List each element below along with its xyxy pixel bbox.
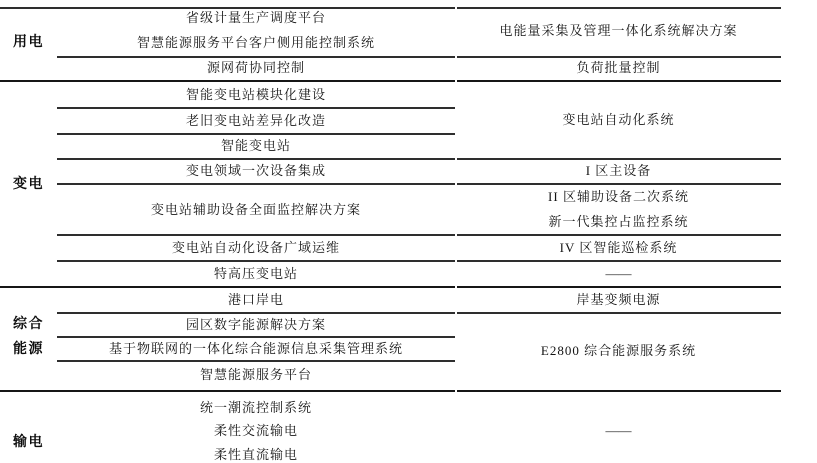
product-cell: I 区主设备	[456, 162, 781, 180]
product-cell: IV 区智能巡检系统	[456, 239, 781, 257]
item-cell: 柔性交流输电	[57, 422, 455, 440]
item-cell: 港口岸电	[57, 291, 455, 309]
row-divider	[57, 260, 455, 262]
item-cell: 省级计量生产调度平台	[57, 9, 455, 27]
category-label: 用电	[0, 34, 57, 52]
row-divider	[457, 183, 781, 185]
row-divider	[57, 133, 455, 135]
item-cell: 智能变电站	[57, 137, 455, 155]
empty-cell-dash: ——	[456, 265, 781, 283]
category-label: 变电	[0, 176, 57, 194]
category-label: 综合	[0, 316, 57, 334]
row-divider	[457, 312, 781, 314]
section-rule	[457, 286, 781, 288]
item-cell: 智慧能源服务平台	[57, 366, 455, 384]
row-divider	[57, 234, 455, 236]
section-rule	[0, 80, 455, 82]
product-cell: 电能量采集及管理一体化系统解决方案	[456, 22, 781, 40]
row-divider	[57, 183, 455, 185]
category-label: 能源	[0, 341, 57, 359]
item-cell: 变电站自动化设备广域运维	[57, 239, 455, 257]
empty-cell-dash: ——	[456, 422, 781, 440]
row-divider	[57, 312, 455, 314]
section-rule	[457, 390, 781, 392]
product-cell: E2800 综合能源服务系统	[456, 342, 781, 360]
product-category-table: 用电 省级计量生产调度平台 智慧能源服务平台客户侧用能控制系统 电能量采集及管理…	[0, 0, 817, 463]
product-cell: II 区辅助设备二次系统	[456, 188, 781, 206]
row-divider	[457, 234, 781, 236]
item-cell: 变电领域一次设备集成	[57, 162, 455, 180]
product-cell: 岸基变频电源	[456, 291, 781, 309]
item-cell: 园区数字能源解决方案	[57, 316, 455, 334]
table-rule	[457, 7, 781, 9]
row-divider	[57, 158, 455, 160]
item-cell: 老旧变电站差异化改造	[57, 112, 455, 130]
item-cell: 源网荷协同控制	[57, 59, 455, 77]
row-divider	[57, 360, 455, 362]
item-cell: 特高压变电站	[57, 265, 455, 283]
row-divider	[57, 107, 455, 109]
product-cell: 变电站自动化系统	[456, 111, 781, 129]
product-cell: 新一代集控占监控系统	[456, 213, 781, 231]
item-cell: 智能变电站模块化建设	[57, 86, 455, 104]
product-cell: 负荷批量控制	[456, 59, 781, 77]
category-label: 输电	[0, 434, 57, 452]
row-divider	[57, 336, 455, 338]
section-rule	[0, 286, 455, 288]
item-cell: 统一潮流控制系统	[57, 399, 455, 417]
row-divider	[457, 260, 781, 262]
row-divider	[457, 56, 781, 58]
item-cell: 变电站辅助设备全面监控解决方案	[57, 201, 455, 219]
section-rule	[457, 80, 781, 82]
item-cell: 柔性直流输电	[57, 446, 455, 463]
row-divider	[457, 158, 781, 160]
item-cell: 基于物联网的一体化综合能源信息采集管理系统	[57, 340, 455, 358]
item-cell: 智慧能源服务平台客户侧用能控制系统	[57, 34, 455, 52]
row-divider	[57, 56, 455, 58]
section-rule	[0, 390, 455, 392]
